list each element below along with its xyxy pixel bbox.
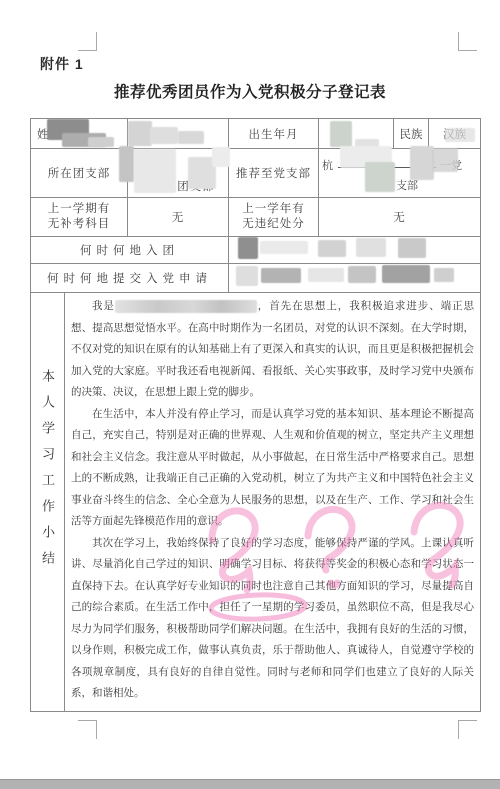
summary-p1-prefix: 我是	[92, 301, 115, 312]
attachment-label: 附件 1	[40, 54, 84, 74]
redaction-blob	[330, 121, 352, 147]
recommend-label-cell: 推荐至党支部	[228, 148, 319, 198]
redaction-blob	[212, 147, 230, 167]
redaction-blob	[236, 266, 258, 286]
makeup-exam-value-cell: 无	[127, 197, 229, 237]
crop-mark-bottom-left	[78, 720, 97, 739]
redaction-blob	[382, 265, 430, 283]
redaction-blob	[410, 146, 434, 180]
redaction-blob	[128, 121, 152, 146]
summary-p1-rest: ，首先在思想上，我积极追求进步、端正思想、提高思想觉悟水平。在高中时期作为一名团…	[71, 301, 474, 398]
league-branch-label-cell: 所在团支部	[30, 148, 128, 198]
ethnic-label-cell: 民族	[393, 118, 429, 149]
redaction-blob	[365, 162, 395, 192]
summary-paragraph-2: 在生活中，本人并没有停止学习，而是认真学习党的基本知识、基本理论不断提高自己，充…	[71, 404, 474, 533]
join-league-label-cell: 何时何地入团	[30, 236, 229, 264]
redaction-blob	[398, 238, 426, 258]
party-application-label: 何时何地提交入党申请	[47, 270, 212, 286]
scanned-document-page: 附件 1 推荐优秀团员作为入党积极分子登记表 姓名 出生年月 民族 汉族 所在团…	[0, 0, 500, 789]
league-branch-label: 所在团支部	[48, 165, 111, 181]
redaction-blob	[119, 146, 134, 182]
summary-paragraph-3: 其次在学习上，我始终保持了良好的学习态度，能够保持严谨的学风。上课认真听讲、尽量…	[71, 533, 474, 705]
ethnic-label: 民族	[400, 126, 423, 142]
redaction-blob	[348, 266, 376, 283]
join-league-label: 何时何地入团	[80, 242, 179, 258]
summary-label: 本人学习工作小结	[38, 369, 57, 577]
party-application-label-cell: 何时何地提交入党申请	[30, 263, 229, 293]
redaction-blob	[150, 127, 178, 144]
redaction-blob	[88, 137, 114, 147]
crop-mark-top-right	[458, 32, 477, 51]
discipline-label-cell: 上一学年有无违纪处分	[228, 197, 319, 237]
crop-mark-bottom-right	[458, 720, 477, 739]
summary-paragraph-1: 我是，首先在思想上，我积极追求进步、端正思想、提高思想觉悟水平。在高中时期作为一…	[71, 296, 474, 404]
page-title: 推荐优秀团员作为入党积极分子登记表	[0, 80, 500, 102]
makeup-exam-label: 上一学期有无补考科目	[47, 202, 111, 232]
makeup-exam-value: 无	[172, 209, 185, 225]
discipline-label: 上一学年有无违纪处分	[242, 202, 306, 232]
redaction-blob	[356, 238, 386, 257]
redacted-name-blob	[115, 300, 257, 313]
recommend-value-start: 杭	[322, 157, 333, 173]
redaction-blob	[178, 131, 204, 144]
scan-edge-bar	[0, 779, 500, 789]
summary-content-cell: 我是，首先在思想上，我积极追求进步、端正思想、提高思想觉悟水平。在高中时期作为一…	[64, 292, 481, 712]
discipline-value-cell: 无	[318, 197, 481, 237]
summary-label-cell: 本人学习工作小结	[30, 292, 65, 712]
redaction-blob	[261, 268, 301, 283]
redaction-blob	[434, 268, 454, 282]
birth-label-cell: 出生年月	[228, 118, 319, 149]
redaction-blob	[134, 149, 176, 193]
redaction-blob	[318, 240, 346, 257]
redaction-blob	[260, 241, 308, 254]
makeup-exam-label-cell: 上一学期有无补考科目	[30, 197, 128, 237]
redaction-blob	[445, 128, 475, 142]
redaction-blob	[432, 148, 458, 172]
crop-mark-top-left	[78, 32, 97, 51]
recommend-label: 推荐至党支部	[236, 165, 311, 181]
redaction-blob	[308, 268, 344, 282]
redaction-blob	[238, 237, 258, 259]
summary-text: 我是，首先在思想上，我积极追求进步、端正思想、提高思想觉悟水平。在高中时期作为一…	[71, 296, 474, 705]
discipline-value: 无	[393, 209, 406, 225]
birth-label: 出生年月	[249, 126, 299, 142]
